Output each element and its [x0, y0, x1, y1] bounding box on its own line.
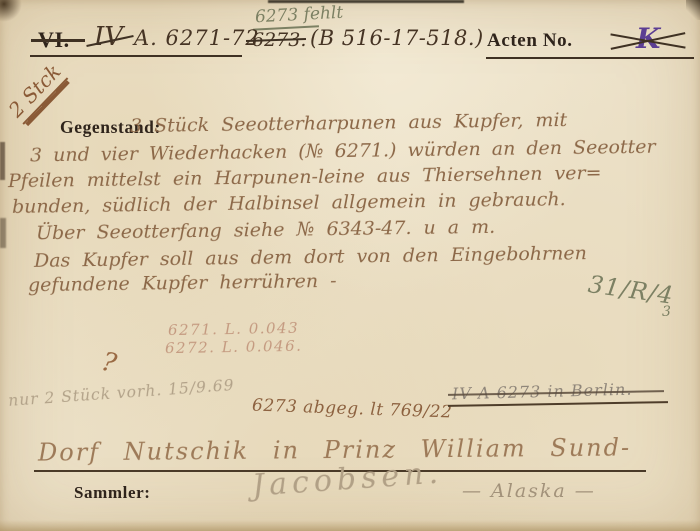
- inventory-numbers: A. 6271-72: [134, 26, 260, 50]
- object-description-line-6: Das Kupfer soll aus dem dort von den Ein…: [34, 242, 587, 272]
- scan-edge-top: [268, 0, 464, 3]
- card-bottom-edge: [0, 520, 700, 531]
- piece-count-note: 2 Stck: [4, 59, 69, 125]
- inventory-check-note: nur 2 Stück vorh. 15/9.69: [8, 376, 235, 410]
- question-mark-note: ?: [99, 347, 120, 379]
- object-description-line-4: bunden, südlich der Halbinsel allgemein …: [12, 188, 566, 218]
- acten-no-underline: [486, 57, 694, 59]
- object-description-line-3: Pfeilen mittelst ein Harpunen-leine aus …: [8, 162, 602, 192]
- b-numbers: (B 516-17-518.): [310, 26, 484, 50]
- object-description-line-7: gefundene Kupfer herrühren -: [28, 270, 337, 296]
- measurement-note-2: 6272. L. 0.046.: [165, 337, 303, 357]
- object-description-line-1: 3 Stück Seeotterharpunen aus Kupfer, mit: [130, 109, 567, 137]
- measurement-note-1: 6271. L. 0.043: [168, 319, 299, 339]
- scan-edge-left-1: [0, 142, 5, 180]
- object-description-line-5: Über Seeotterfang siehe № 6343-47. u a m…: [36, 216, 495, 244]
- missing-number-note: 6273 fehlt: [255, 3, 344, 28]
- archive-reference-subscript: 3: [662, 304, 671, 320]
- scan-edge-left-2: [0, 218, 6, 248]
- index-card: 6273 fehlt VI. IV A. 6271-72 6273. (B 51…: [0, 0, 700, 531]
- acten-no-label: Acten No.: [487, 30, 573, 52]
- header-underline-left: [30, 55, 242, 57]
- section-strike: [31, 39, 85, 42]
- region-note: — Alaska —: [462, 480, 596, 502]
- collector-label: Sammler:: [74, 483, 151, 503]
- scan-edge-top-right: [686, 0, 700, 20]
- transfer-note: 6273 abgeg. lt 769/22: [252, 396, 453, 423]
- locality-line: Dorf Nutschik in Prinz William Sund-: [38, 433, 631, 466]
- paper-corner-smudge: [0, 0, 22, 22]
